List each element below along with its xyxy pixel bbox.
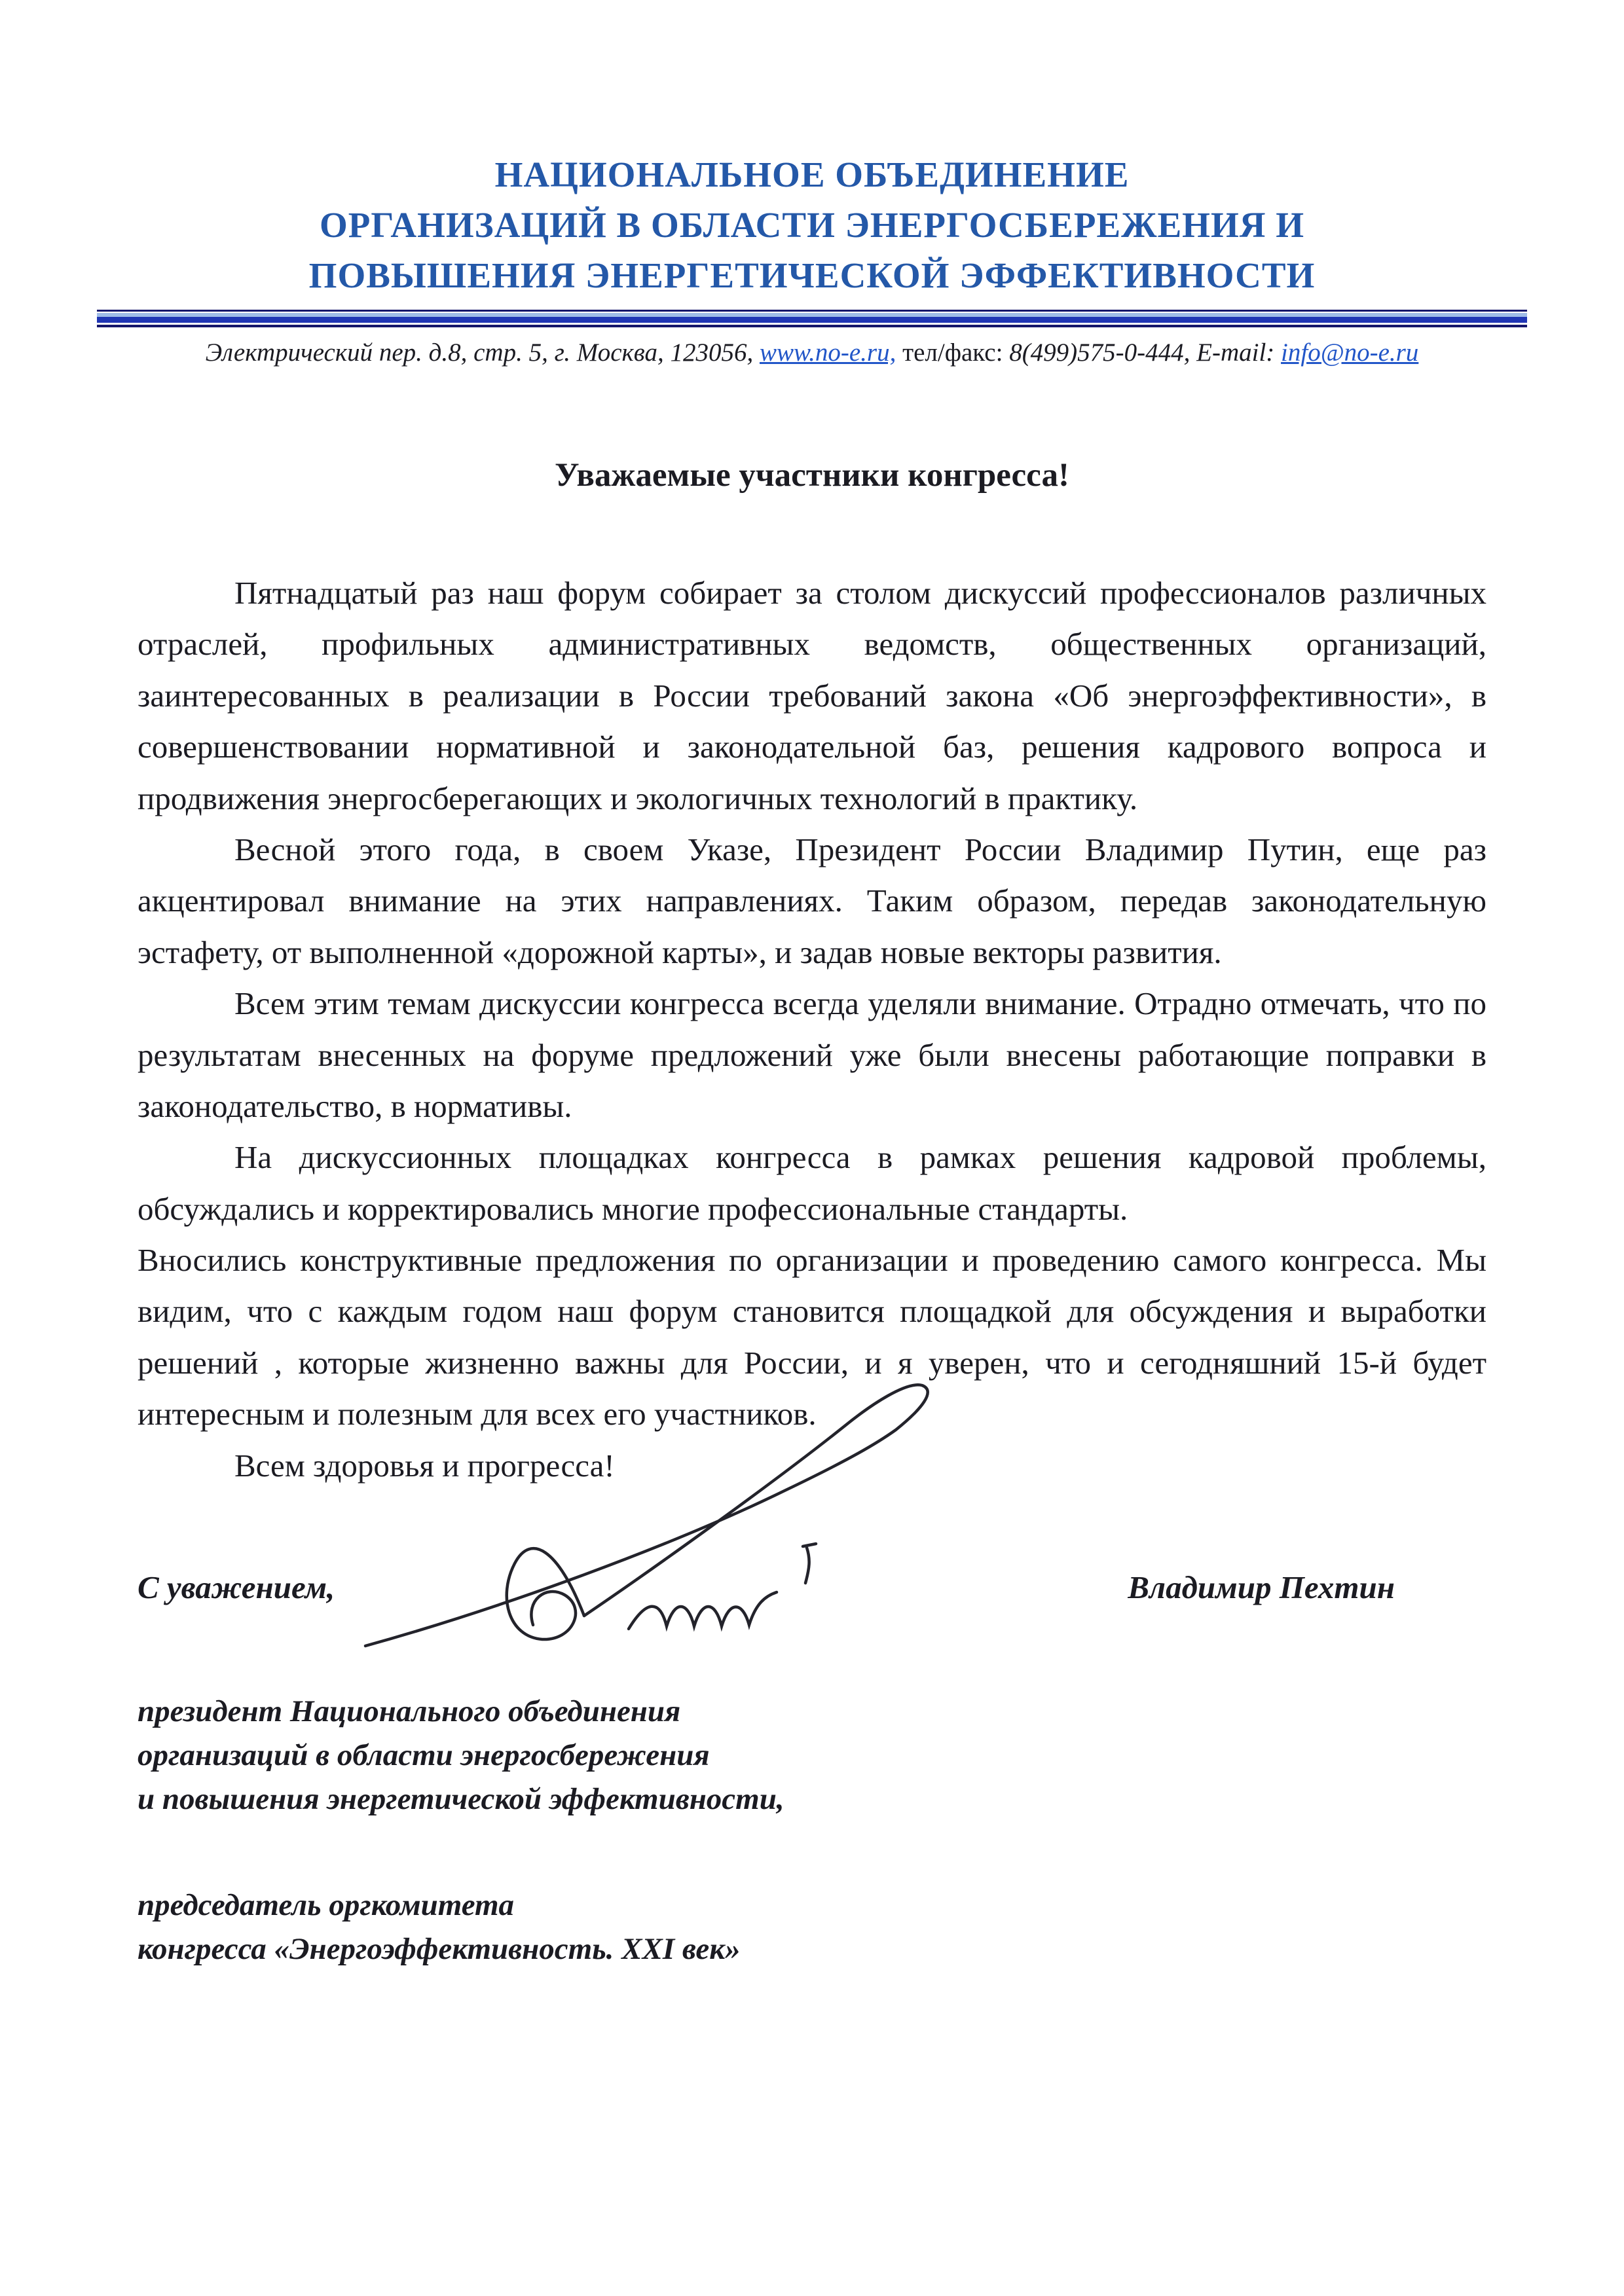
letterhead: НАЦИОНАЛЬНОЕ ОБЪЕДИНЕНИЕ ОРГАНИЗАЦИЙ В О… [0,0,1624,367]
signature-row: С уважением, Владимир Пехтин [138,1569,1486,1606]
body-text: Пятнадцатый раз наш форум собирает за ст… [138,568,1486,1491]
letter-body: Уважаемые участники конгресса! Пятнадцат… [0,456,1624,1971]
paragraph-4: На дискуссионных площадках конгресса в р… [138,1132,1486,1235]
salutation: Уважаемые участники конгресса! [138,456,1486,494]
regards-text: С уважением, [138,1569,335,1606]
org-name-line-3: ПОВЫШЕНИЯ ЭНЕРГЕТИЧЕСКОЙ ЭФФЕКТИВНОСТИ [97,250,1527,301]
signer-title-block-1: президент Национального объединения орга… [138,1690,1486,1821]
signer-name: Владимир Пехтин [1128,1569,1395,1606]
phone-number: 8(499)575-0-444, [1009,338,1196,367]
title-line-1: президент Национального объединения [138,1690,1486,1734]
title-line-3: и повышения энергетической эффективности… [138,1777,1486,1821]
phone-label: тел/факс: [896,338,1009,367]
org-name-line-1: НАЦИОНАЛЬНОЕ ОБЪЕДИНЕНИЕ [97,149,1527,200]
org-name: НАЦИОНАЛЬНОЕ ОБЪЕДИНЕНИЕ ОРГАНИЗАЦИЙ В О… [97,149,1527,301]
closing-line: Всем здоровья и прогресса! [138,1440,1486,1491]
title-line-4: председатель оргкомитета [138,1884,1486,1927]
contact-line: Электрический пер. д.8, стр. 5, г. Москв… [97,338,1527,367]
address-text: Электрический пер. д.8, стр. 5, г. Москв… [206,338,760,367]
website-link[interactable]: www.no-e.ru, [760,338,896,367]
email-label: E-mail: [1196,338,1281,367]
title-line-2: организаций в области энергосбережения [138,1734,1486,1777]
paragraph-1: Пятнадцатый раз наш форум собирает за ст… [138,568,1486,824]
org-name-line-2: ОРГАНИЗАЦИЙ В ОБЛАСТИ ЭНЕРГОСБЕРЕЖЕНИЯ И [97,200,1527,250]
letter-page: НАЦИОНАЛЬНОЕ ОБЪЕДИНЕНИЕ ОРГАНИЗАЦИЙ В О… [0,0,1624,2296]
signer-title-block-2: председатель оргкомитета конгресса «Энер… [138,1884,1486,1971]
paragraph-3: Всем этим темам дискуссии конгресса всег… [138,978,1486,1132]
letterhead-divider [97,310,1527,327]
paragraph-5: Вносились конструктивные предложения по … [138,1235,1486,1440]
paragraph-2: Весной этого года, в своем Указе, Презид… [138,824,1486,978]
email-link[interactable]: info@no-e.ru [1281,338,1418,367]
title-line-5: конгресса «Энергоэффективность. XXI век» [138,1927,1486,1971]
